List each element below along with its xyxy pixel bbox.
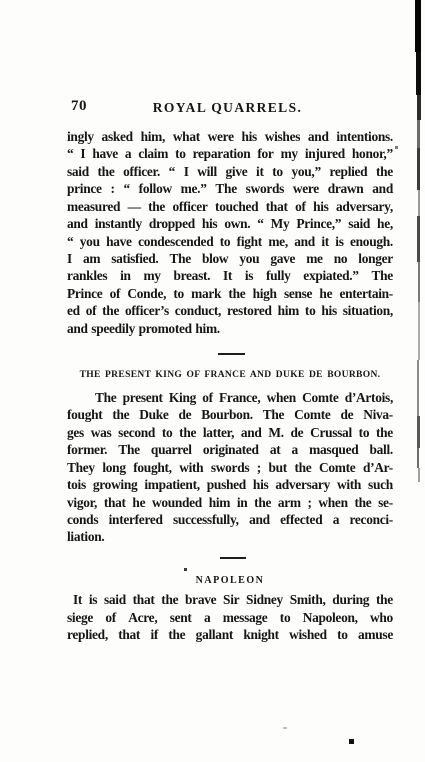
paragraph-napoleon: ItissaidthatthebraveSirSidneySmith,durin…: [67, 591, 393, 644]
text-line: foughttheDukedeBourbon.TheComtedeNiva-: [67, 406, 393, 423]
scan-edge-ink-mark: [415, 0, 421, 52]
text-line: liation.: [67, 528, 393, 545]
paragraph-prince-conde: inglyaskedhim,whatwerehiswishesandintent…: [67, 128, 393, 337]
paragraph-king-of-france: ThepresentKingofFrance,whenComted’Artois…: [67, 389, 393, 546]
scan-edge-ink-mark: [418, 302, 420, 360]
text-line: geswassecondtothelatter,andM.deCrussalto…: [67, 424, 393, 441]
section-heading-king-of-france: THE PRESENT KING OF FRANCE AND DUKE DE B…: [67, 369, 393, 381]
text-line: ThepresentKingofFrance,whenComted’Artois…: [67, 389, 393, 406]
scan-speck: [184, 568, 187, 571]
scan-edge-ink-mark: [417, 95, 421, 120]
scan-edge-ink-mark: [416, 52, 421, 95]
scan-edge-ink-mark: [417, 148, 420, 190]
scan-edge-ink-mark: [418, 262, 420, 302]
section-divider-rule: [220, 557, 246, 559]
scan-speck: [349, 739, 354, 744]
scan-edge-ink-mark: [417, 216, 420, 262]
scan-speck: [283, 727, 287, 729]
text-line: inglyaskedhim,whatwerehiswishesandintent…: [67, 128, 393, 145]
text-line: andspeedilypromotedhim.: [67, 320, 393, 337]
text-line: “Ihaveaclaimtoreparationformyinjuredhono…: [67, 145, 393, 162]
text-line: prince:“followme.”Theswordsweredrawnand: [67, 180, 393, 197]
scan-edge-ink-mark: [417, 416, 420, 448]
section-divider-rule: [218, 353, 245, 355]
scan-edge-ink-mark: [417, 120, 420, 148]
text-line: condsinterferedsuccessfully,andeffecteda…: [67, 511, 393, 528]
running-head-title: ROYAL QUARRELS.: [67, 100, 388, 116]
text-line: former.Thequarreloriginatedatamasquedbal…: [67, 441, 393, 458]
text-line: siegeofAcre,sentamessagetoNapoleon,who: [67, 609, 393, 627]
text-line: saidtheofficer.“Iwillgiveittoyou,”replie…: [67, 163, 393, 180]
scanned-book-page: 70 ROYAL QUARRELS. inglyaskedhim,whatwer…: [0, 0, 425, 762]
text-line: “youhavecondescendedtofightme,anditiseno…: [67, 233, 393, 250]
text-line: ItissaidthatthebraveSirSidneySmith,durin…: [67, 591, 393, 609]
text-line: measured—theofficertouchedthatofhisadver…: [67, 198, 393, 215]
scan-edge-ink-mark: [418, 468, 420, 482]
text-line: ranklesinmybreast.Itisfullyexpiated.”The: [67, 267, 393, 284]
scan-speck: [395, 146, 398, 149]
scan-edge-ink-mark: [417, 360, 419, 416]
scan-edge-ink-mark: [418, 190, 420, 216]
scan-edge-ink-mark: [417, 448, 419, 468]
section-heading-napoleon: NAPOLEON: [67, 575, 393, 587]
text-line: vigor,thathewoundedhiminthearm;whenthese…: [67, 494, 393, 511]
text-line: toisgrowingimpatient,pushedhisadversaryw…: [67, 476, 393, 493]
text-line: edoftheofficer’sconduct,restoredhimtohis…: [67, 302, 393, 319]
text-line: PrinceofConde,tomarkthehighsenseheentert…: [67, 285, 393, 302]
text-line: Iamsatisfied.Theblowyougavemenolonger: [67, 250, 393, 267]
text-line: replied,thatifthegallantknightwishedtoam…: [67, 626, 393, 644]
text-line: andinstantlydroppedhisown.“MyPrince,”sai…: [67, 215, 393, 232]
text-line: Theylongfought,withswords;buttheComted’A…: [67, 459, 393, 476]
